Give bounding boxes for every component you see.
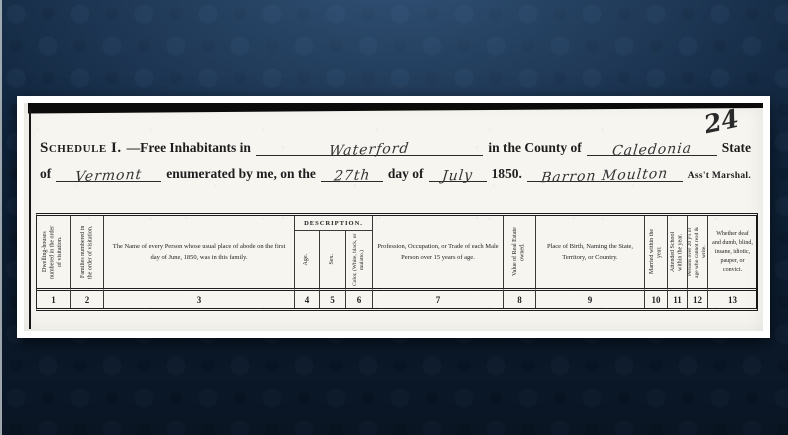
marshal-signature-blank: Barron Moulton [527, 167, 683, 182]
marshal-title-label: Ass't Marshal. [688, 171, 751, 181]
form-heading: Schedule I.—Free Inhabitants in Waterfor… [40, 140, 751, 182]
town-blank: Waterford [256, 141, 484, 156]
col-number-6: 6 [346, 288, 373, 308]
marshal-signature-handwritten: Barron Moulton [540, 167, 669, 186]
col-number-12: 12 [688, 288, 708, 308]
state-blank: Vermont [56, 167, 161, 182]
county-label: in the County of [488, 140, 581, 156]
col-header-place-of-birth-label: Place of Birth, Naming the State, Territ… [537, 241, 643, 263]
free-inhabitants-label: —Free Inhabitants in [127, 140, 251, 156]
col-header-married: Married within the year. [645, 216, 668, 288]
col-header-name: The Name of every Person whose usual pla… [104, 216, 295, 288]
col-header-deaf-dumb: Whether deaf and dumb, blind, insane, id… [708, 216, 757, 288]
col-number-13: 13 [708, 288, 757, 308]
col-header-color: Color, (White, black, or mulatto.) [346, 231, 373, 288]
heading-line-2: of Vermont enumerated by me, on the 27th… [40, 166, 751, 182]
col-number-4: 4 [295, 288, 320, 308]
description-group-header: DESCRIPTION. [295, 216, 373, 231]
col-header-real-estate: Value of Real Estate owned. [504, 216, 536, 288]
col-header-dwelling-houses-label: Dwelling-houses numbered in the order of… [42, 225, 65, 279]
col-header-profession: Profession, Occupation, or Trade of each… [373, 216, 504, 288]
scanned-paper: 24 Schedule I.—Free Inhabitants in Water… [24, 103, 763, 331]
col-header-attended-school-label: Attended School within the year. [670, 225, 685, 279]
enumerated-label: enumerated by me, on the [166, 166, 316, 182]
of-label: of [40, 166, 51, 182]
town-handwritten: Waterford [329, 142, 411, 159]
county-handwritten: Caledonia [611, 142, 692, 159]
col-header-married-label: Married within the year. [649, 225, 664, 279]
col-header-age: Age. [295, 231, 320, 288]
col-header-cannot-read-write-label: Persons over 20 y's of age who cannot re… [688, 225, 708, 279]
col-header-attended-school: Attended School within the year. [668, 216, 688, 288]
col-header-families-label: Families numbered in the order of visita… [80, 225, 95, 279]
state-label: State [722, 140, 751, 156]
col-header-deaf-dumb-label: Whether deaf and dumb, blind, insane, id… [709, 230, 756, 275]
day-of-label: day of [388, 166, 424, 182]
handwritten-page-number: 24 [702, 104, 742, 140]
col-header-age-label: Age. [303, 254, 311, 266]
col-number-9: 9 [536, 288, 645, 308]
slide-left-edge [0, 0, 2, 435]
col-header-sex-label: Sex. [329, 254, 337, 265]
col-header-real-estate-label: Value of Real Estate owned. [512, 225, 527, 279]
col-number-10: 10 [645, 288, 668, 308]
state-handwritten: Vermont [74, 168, 143, 184]
col-header-families: Families numbered in the order of visita… [71, 216, 104, 288]
day-blank: 27th [321, 167, 383, 182]
col-number-7: 7 [373, 288, 504, 308]
scan-left-rule [29, 109, 31, 329]
census-header-table: Dwelling-houses numbered in the order of… [36, 213, 758, 311]
month-blank: July [429, 167, 487, 182]
heading-line-1: Schedule I.—Free Inhabitants in Waterfor… [40, 140, 751, 157]
census-document-image: 24 Schedule I.—Free Inhabitants in Water… [17, 96, 770, 338]
schedule-label: Schedule I. [40, 140, 122, 157]
col-header-color-label: Color, (White, black, or mulatto.) [352, 233, 366, 287]
scan-edge-artifact [28, 103, 763, 114]
month-handwritten: July [441, 168, 473, 183]
col-header-sex: Sex. [320, 231, 346, 288]
col-header-cannot-read-write: Persons over 20 y's of age who cannot re… [688, 216, 708, 288]
col-number-8: 8 [504, 288, 536, 308]
county-blank: Caledonia [587, 141, 717, 156]
col-header-dwelling-houses: Dwelling-houses numbered in the order of… [37, 216, 71, 288]
col-number-2: 2 [71, 288, 104, 308]
col-header-name-label: The Name of every Person whose usual pla… [105, 241, 293, 263]
col-header-place-of-birth: Place of Birth, Naming the State, Territ… [536, 216, 645, 288]
day-handwritten: 27th [333, 168, 371, 183]
col-header-profession-label: Profession, Occupation, or Trade of each… [374, 241, 502, 263]
col-number-11: 11 [668, 288, 688, 308]
year-label: 1850. [492, 166, 522, 182]
col-number-3: 3 [104, 288, 295, 308]
col-number-5: 5 [320, 288, 346, 308]
col-number-1: 1 [37, 288, 71, 308]
